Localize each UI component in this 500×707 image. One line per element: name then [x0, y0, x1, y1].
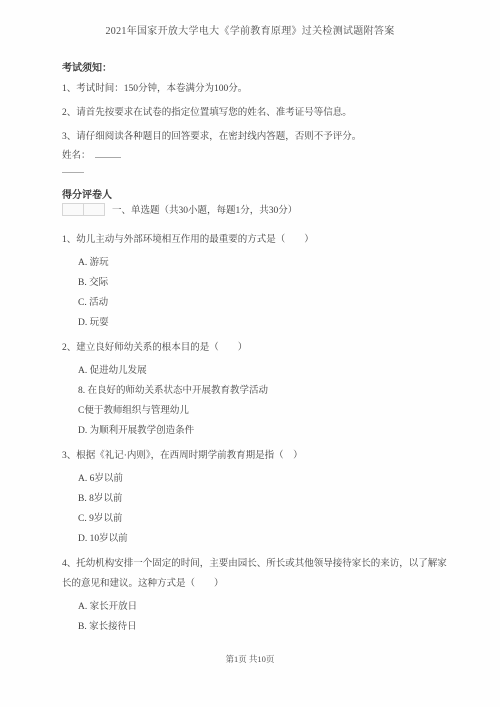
option-a: A. 6岁以前 — [78, 472, 452, 486]
question-text: 2、建立良好师幼关系的根本目的是（ ） — [62, 338, 452, 358]
question-text: 4、托幼机构安排一个固定的时间，主要由园长、所长或其他领导接待家长的来访，以了解… — [62, 554, 452, 594]
option-d: D. 为顺利开展教学创造条件 — [78, 424, 452, 438]
separator-line — [62, 172, 84, 173]
question-4: 4、托幼机构安排一个固定的时间，主要由园长、所长或其他领导接待家长的来访，以了解… — [62, 554, 452, 634]
option-c: C. 活动 — [78, 296, 452, 310]
document-title: 2021年国家开放大学电大《学前教育原理》过关检测试题附答案 — [0, 25, 500, 38]
option-a: A. 促进幼儿发展 — [78, 364, 452, 378]
question-list: 1、幼儿主动与外部环境相互作用的最重要的方式是（ ） A. 游玩 B. 交际 C… — [62, 230, 452, 634]
grader-cell — [83, 203, 105, 216]
option-b: B. 家长接待日 — [78, 620, 452, 634]
name-blank-line — [95, 148, 121, 158]
option-c: C便于教师组织与管理幼儿 — [78, 404, 452, 418]
question-text: 1、幼儿主动与外部环境相互作用的最重要的方式是（ ） — [62, 230, 452, 250]
section-title: 一、单选题（共30小题，每题1分，共30分） — [112, 202, 297, 216]
option-b: 8. 在良好的师幼关系状态中开展教育教学活动 — [78, 384, 452, 398]
score-grader-label: 得分评卷人 — [62, 186, 450, 201]
name-label: 姓名： — [62, 151, 91, 161]
score-table-cells — [62, 203, 104, 216]
option-d: D. 玩耍 — [78, 316, 452, 330]
exam-instruction-2: 2、请首先按要求在试卷的指定位置填写您的姓名、准考证号等信息。 — [62, 107, 450, 120]
exam-instruction-1: 1、考试时间：150分钟，本卷满分为100分。 — [62, 83, 450, 96]
option-b: B. 交际 — [78, 276, 452, 290]
exam-instruction-3: 3、请仔细阅读各种题目的回答要求，在密封线内答题，否则不予评分。 — [62, 131, 450, 144]
question-3: 3、根据《礼记·内则》，在西周时期学前教育期是指（ ） A. 6岁以前 B. 8… — [62, 446, 452, 546]
option-c: C. 9岁以前 — [78, 512, 452, 526]
page-number-footer: 第1页 共10页 — [0, 653, 500, 665]
question-1: 1、幼儿主动与外部环境相互作用的最重要的方式是（ ） A. 游玩 B. 交际 C… — [62, 230, 452, 330]
option-a: A. 游玩 — [78, 256, 452, 270]
exam-document-page: 2021年国家开放大学电大《学前教育原理》过关检测试题附答案 考试须知： 1、考… — [0, 0, 500, 707]
score-cell — [62, 203, 84, 216]
section-header-row: 一、单选题（共30小题，每题1分，共30分） — [62, 202, 450, 216]
question-2: 2、建立良好师幼关系的根本目的是（ ） A. 促进幼儿发展 8. 在良好的师幼关… — [62, 338, 452, 438]
name-field-row: 姓名： — [62, 147, 450, 161]
option-d: D. 10岁以前 — [78, 532, 452, 546]
exam-notice-header: 考试须知： — [62, 59, 450, 74]
option-a: A. 家长开放日 — [78, 600, 452, 614]
option-b: B. 8岁以前 — [78, 492, 452, 506]
question-text: 3、根据《礼记·内则》，在西周时期学前教育期是指（ ） — [62, 446, 452, 466]
